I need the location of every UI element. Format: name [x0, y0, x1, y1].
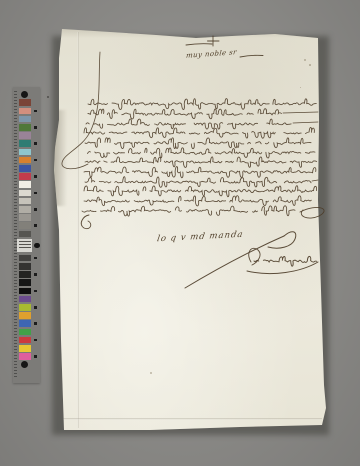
strip-tick-mark [34, 126, 37, 129]
color-patch [19, 279, 31, 286]
color-patch [19, 132, 31, 139]
strip-tick-mark [34, 192, 37, 195]
manuscript-paper [46, 26, 328, 436]
background-speck [47, 96, 49, 98]
color-patch [19, 337, 31, 344]
strip-tick-mark [34, 110, 37, 113]
color-patch [19, 312, 31, 319]
color-patch [19, 222, 31, 229]
color-patch [19, 206, 31, 213]
registration-dot [21, 361, 28, 368]
color-patch [19, 173, 31, 180]
strip-tick-mark [34, 208, 37, 211]
strip-tick-mark [34, 224, 37, 227]
color-patch [19, 271, 31, 278]
stain-speck [150, 372, 152, 374]
stain-speck [300, 87, 301, 88]
strip-tick-mark [34, 290, 37, 293]
color-patch [19, 198, 31, 205]
color-patch [19, 124, 31, 131]
color-patch [19, 353, 31, 360]
strip-tick-mark [34, 175, 37, 178]
color-patch [19, 345, 31, 352]
strip-label-chip [17, 239, 32, 252]
strip-tick-mark [34, 142, 37, 145]
color-patch [19, 255, 31, 262]
strip-tick-mark [34, 273, 37, 276]
color-patch [19, 320, 31, 327]
color-patch [19, 116, 31, 123]
manuscript-photograph: muy noble sr lo q v md manda [0, 0, 360, 466]
color-patch [19, 304, 31, 311]
stain-speck [304, 59, 306, 61]
stain-speck [262, 160, 264, 162]
color-patch [19, 181, 31, 188]
color-patch [19, 190, 31, 197]
registration-dot [34, 243, 40, 249]
vertical-fold-crease [77, 32, 79, 428]
color-patch [19, 288, 31, 295]
color-patch [19, 157, 31, 164]
strip-tick-mark [34, 355, 37, 358]
color-patch [19, 165, 31, 172]
stain-speck [309, 64, 311, 66]
color-patch [19, 108, 31, 115]
color-patch [19, 329, 31, 336]
registration-dot [21, 91, 28, 98]
strip-tick-mark [34, 257, 37, 260]
strip-tick-mark [34, 339, 37, 342]
color-patch [19, 214, 31, 221]
color-patch [19, 263, 31, 270]
strip-tick-mark [34, 322, 37, 325]
horizontal-fold-crease [60, 418, 322, 420]
color-patch [19, 296, 31, 303]
strip-microtext [14, 91, 17, 377]
color-patch [19, 231, 31, 238]
color-patch [19, 99, 31, 106]
color-patch [19, 140, 31, 147]
strip-tick-mark [34, 159, 37, 162]
color-patch [19, 149, 31, 156]
strip-tick-mark [34, 306, 37, 309]
color-calibration-strip [13, 87, 40, 383]
